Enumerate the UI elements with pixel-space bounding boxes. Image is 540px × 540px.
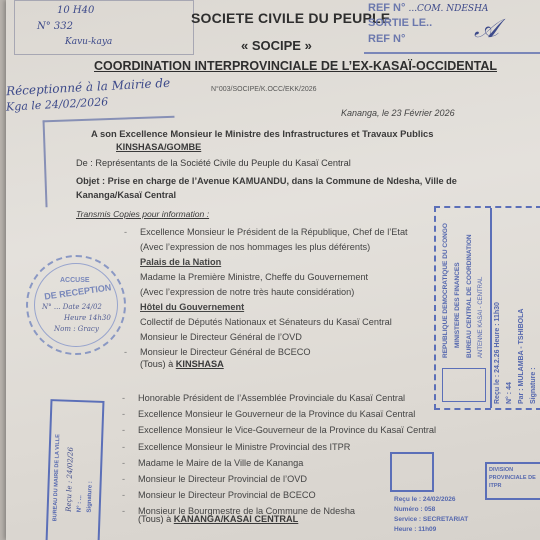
finances-stamp: REPUBLIQUE DEMOCRATIQUE DU CONGO MINISTE… [434,206,540,410]
kananga-footer-place: KANANGA/KASAI CENTRAL [174,514,299,524]
copy-recipient: (Avec l’expression de notre très haute c… [140,285,408,300]
itpr-emblem [390,452,434,492]
copy-text: Monsieur le Directeur Général de BCECO [140,347,311,357]
copy-text: Excellence Monsieur le Vice-Gouverneur d… [138,425,436,435]
copy-text: Collectif de Députés Nationaux et Sénate… [140,317,392,327]
list-dash: - [122,439,125,455]
finances-stamp-par: Par : MULAMBA - TSHIBOLA [518,309,525,404]
itpr-title: DIVISION PROVINCIALE DE ITPR [489,467,536,489]
handwritten-receipt-line1: Réceptionné à la Mairie de [6,76,171,99]
list-dash: - [122,503,125,519]
subject-text: Prise en charge de l’Avenue KAMUANDU, da… [108,176,457,186]
mayor-office-stamp: BUREAU DU MAIRE DE LA VILLE Reçu le : 24… [46,399,105,540]
ref-label-3: REF N° [368,33,405,45]
copy-text: Madame la Première Ministre, Cheffe du G… [140,272,368,282]
copy-text: Monsieur le Directeur Général de l’OVD [140,332,302,342]
copy-text: Monsieur le Directeur Provincial de l’OV… [138,474,307,484]
copy-text: Excellence Monsieur le Président de la R… [140,227,408,237]
itpr-numero: Numéro : 058 [394,506,435,513]
mayor-stamp-line1: BUREAU DU MAIRE DE LA VILLE [52,434,61,521]
mayor-stamp-line4: Signature : [87,481,94,513]
handwritten-receipt-line2: Kga le 24/02/2026 [6,95,109,113]
copy-text: Madame le Maire de la Ville de Kananga [138,458,303,468]
copies-heading: Transmis Copies pour information : [76,209,209,219]
ref-value-1: ...COM. NDESHA [408,4,488,14]
reception-stamp-line1: ACCUSE [60,277,90,284]
copy-location-heading: Hôtel du Gouvernement [140,300,408,315]
copy-recipient: -Excellence Monsieur le Vice-Gouverneur … [138,422,436,438]
addressee-line1: A son Excellence Monsieur le Ministre de… [91,128,433,139]
ref-stamp: REF N° ...COM. NDESHA SORTIE LE.. REF N°… [364,0,540,54]
list-dash: - [122,422,125,438]
reference-number: N°003/SOCIPE/K.OCC/EKK/2026 [211,86,317,93]
sender: De : Représentants de la Société Civile … [76,158,351,168]
reception-stamp-line3: N° ... Date 24/02 [42,303,102,311]
finances-stamp-emblem [442,368,486,402]
copy-text: Excellence Monsieur le Gouverneur de la … [138,409,415,419]
copy-recipient: -Monsieur le Directeur Général de BCECO [140,345,408,360]
copy-text: (Avec l’expression de nos hommages les p… [140,242,370,252]
finances-stamp-line3: BUREAU CENTRAL DE COORDINATION [466,234,473,358]
ref-label-1: REF N° [368,2,405,14]
kinshasa-footer-place: KINSHASA [176,359,224,369]
finances-stamp-line1: REPUBLIQUE DEMOCRATIQUE DU CONGO [442,223,449,358]
ref-signature-mark: 𝒜 [474,14,499,45]
copies-kinshasa-list: -Excellence Monsieur le Président de la … [140,225,408,360]
reception-stamp-line5: Nom : Gracy [54,325,99,333]
itpr-stamp: DIVISION PROVINCIALE DE ITPR Reçu le : 2… [390,452,540,540]
reception-stamp: ACCUSE DE RECEPTION N° ... Date 24/02 He… [26,255,126,355]
document-page: 10 H40 N° 332 Kavu-kaya SOCIETE CIVILE D… [6,0,540,540]
copy-recipient: Monsieur le Directeur Général de l’OVD [140,330,408,345]
copy-recipient: (Avec l’expression de nos hommages les p… [140,240,408,255]
copy-text: (Avec l’expression de notre très haute c… [140,287,354,297]
finances-stamp-line2: MINISTERE DES FINANCES [454,262,461,348]
note-number: N° 332 [37,21,73,32]
copy-text: Honorable Président de l’Assemblée Provi… [138,393,405,403]
finances-stamp-signature: Signature : [530,367,537,404]
list-dash: - [122,406,125,422]
organization-acronym: « SOCIPE » [241,38,312,53]
copy-text: Palais de la Nation [140,257,221,267]
top-left-note-box: 10 H40 N° 332 Kavu-kaya [14,0,194,55]
copy-recipient: Collectif de Députés Nationaux et Sénate… [140,315,408,330]
list-dash: - [122,471,125,487]
itpr-recu: Reçu le : 24/02/2026 [394,496,455,503]
copy-text: Hôtel du Gouvernement [140,302,244,312]
kinshasa-footer-prefix: (Tous) à [140,359,176,369]
finances-stamp-numero: N° : 44 [506,382,513,404]
ref-label-2: SORTIE LE.. [368,17,432,29]
copy-recipient: Madame la Première Ministre, Cheffe du G… [140,270,408,285]
subject-label: Objet : [76,176,105,186]
note-time: 10 H40 [57,5,94,16]
addressee-location: KINSHASA/GOMBE [116,142,201,152]
list-dash: - [122,455,125,471]
itpr-service: Service : SECRETARIAT [394,516,468,523]
finances-stamp-recu: Reçu le : 24.2.26 Heure : 11h30 [494,302,501,404]
copy-text: Excellence Monsieur le Ministre Provinci… [138,442,350,452]
place-date: Kananga, le 23 Février 2026 [341,108,455,118]
copy-text: Monsieur le Directeur Provincial de BCEC… [138,490,316,500]
list-dash: - [122,487,125,503]
kananga-footer-prefix: (Tous) à [138,514,174,524]
kinshasa-footer: (Tous) à KINSHASA [140,359,224,369]
organization-title: SOCIETE CIVILE DU PEUPLE [191,10,390,26]
copy-recipient: -Honorable Président de l’Assemblée Prov… [138,390,436,406]
subject-line2: Kananga/Kasaï Central [76,190,176,200]
finances-stamp-line4: ANTENNE KASAI - CENTRAL [478,277,484,358]
coordination-title: COORDINATION INTERPROVINCIALE DE L’EX-KA… [94,59,497,73]
mayor-stamp-line3: N° : ... [77,495,84,512]
copy-recipient: -Excellence Monsieur le Gouverneur de la… [138,406,436,422]
itpr-title-box: DIVISION PROVINCIALE DE ITPR [485,462,540,500]
mayor-stamp-line2: Reçu le : 24/02/26 [65,447,75,512]
list-dash: - [124,345,127,360]
copy-location-heading: Palais de la Nation [140,255,408,270]
list-dash: - [124,225,127,240]
note-signature: Kavu-kaya [65,37,112,47]
reception-stamp-line4: Heure 14h30 [64,314,111,322]
copy-recipient: -Excellence Monsieur le Président de la … [140,225,408,240]
itpr-heure: Heure : 11h09 [394,526,436,533]
list-dash: - [122,390,125,406]
kananga-footer: (Tous) à KANANGA/KASAI CENTRAL [138,514,298,524]
subject-line1: Objet : Prise en charge de l’Avenue KAMU… [76,176,457,186]
